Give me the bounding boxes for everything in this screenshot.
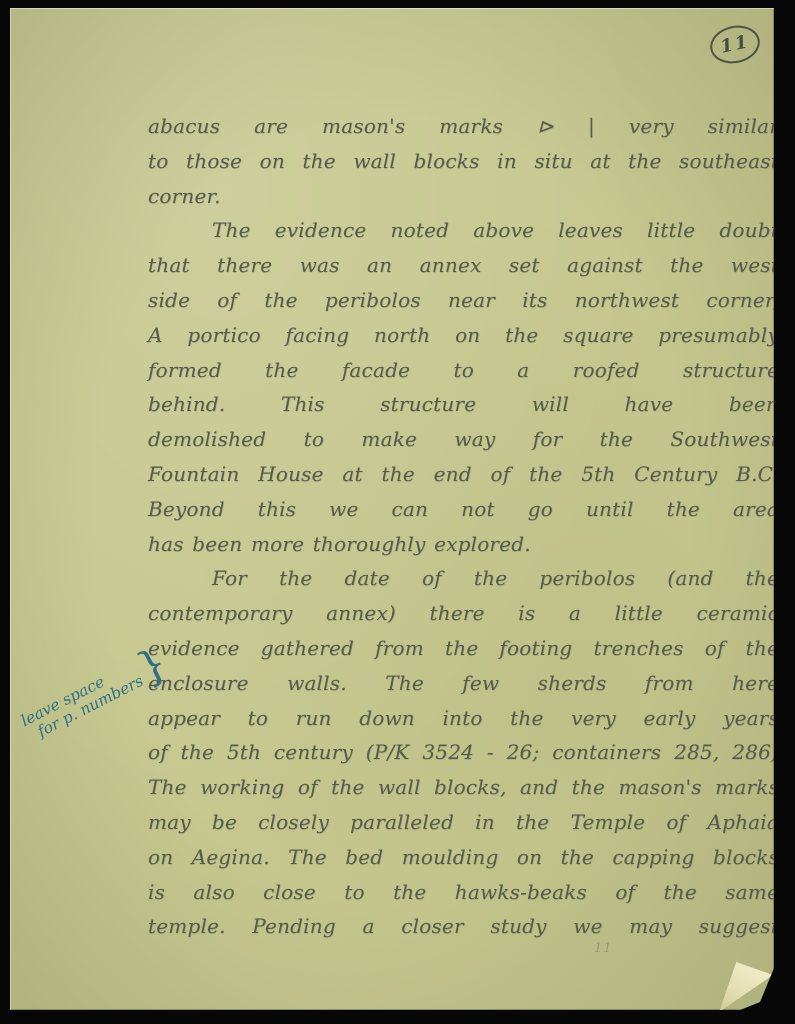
manuscript-line: of the 5th century (P/K 3524 - 26; conta… [148, 735, 779, 770]
manuscript-line: may be closely paralleled in the Temple … [148, 805, 779, 840]
manuscript-line: The working of the wall blocks, and the … [148, 770, 779, 805]
manuscript-line: side of the peribolos near its northwest… [148, 283, 779, 318]
manuscript-line: For the date of the peribolos (and the [148, 561, 779, 596]
manuscript-line: Fountain House at the end of the 5th Cen… [148, 457, 779, 492]
manuscript-line: on Aegina. The bed moulding on the cappi… [148, 840, 779, 875]
manuscript-line: is also close to the hawks-beaks of the … [148, 875, 779, 910]
manuscript-line: behind. This structure will have been [148, 387, 779, 422]
folded-corner [719, 962, 773, 1012]
margin-note-text: leave space for p. numbers [18, 658, 146, 746]
manuscript-line: that there was an annex set against the … [148, 248, 779, 283]
manuscript-line: formed the facade to a roofed structure [148, 353, 779, 388]
manuscript-line: The evidence noted above leaves little d… [148, 213, 779, 248]
manuscript-line: enclosure walls. The few sherds from her… [148, 666, 779, 701]
manuscript-line: appear to run down into the very early y… [148, 701, 779, 736]
manuscript-line: contemporary annex) there is a little ce… [148, 596, 779, 631]
page-number: 11 [719, 31, 752, 58]
faint-stamp: 11 [594, 941, 613, 956]
manuscript-page: 11 abacus are mason's marks ⊳ | very sim… [10, 8, 774, 1010]
manuscript-line: to those on the wall blocks in situ at t… [148, 144, 779, 179]
manuscript-line: evidence gathered from the footing trenc… [148, 631, 779, 666]
manuscript-line: corner. [148, 179, 779, 214]
manuscript-text: abacus are mason's marks ⊳ | very simila… [148, 109, 779, 944]
page-number-badge: 11 [707, 21, 764, 68]
manuscript-line: temple. Pending a closer study we may su… [148, 909, 779, 944]
manuscript-line: has been more thoroughly explored. [148, 527, 779, 562]
manuscript-line: Beyond this we can not go until the area [148, 492, 779, 527]
manuscript-line: A portico facing north on the square pre… [148, 318, 779, 353]
manuscript-line: abacus are mason's marks ⊳ | very simila… [148, 109, 779, 144]
manuscript-line: demolished to make way for the Southwest [148, 422, 779, 457]
